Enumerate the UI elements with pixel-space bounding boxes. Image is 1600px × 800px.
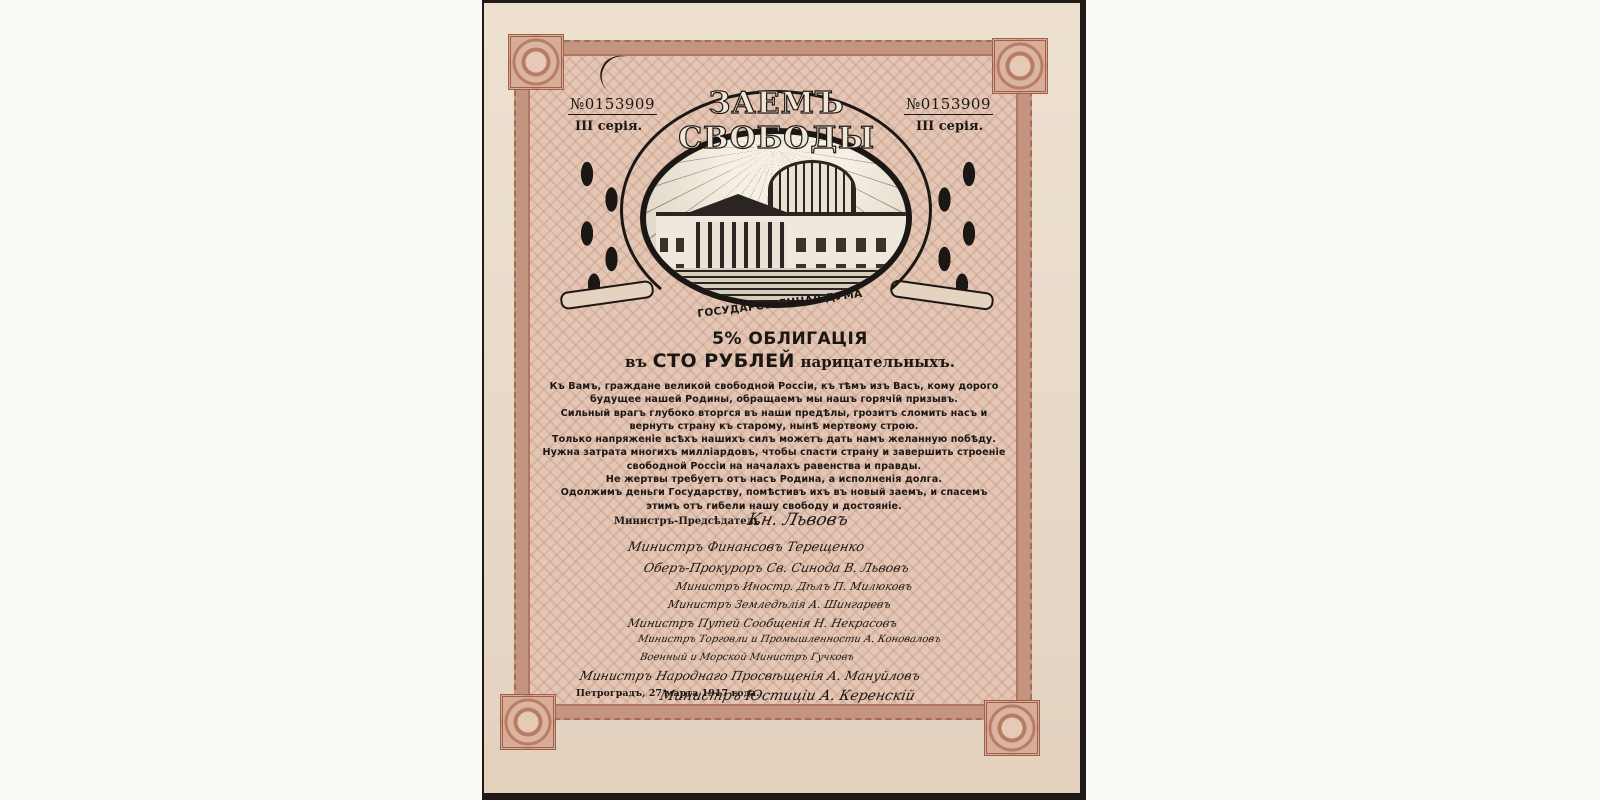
corner-rosette-icon xyxy=(992,38,1048,94)
signature: Оберъ-Прокуроръ Св. Синода В. Львовъ xyxy=(642,560,910,575)
appeal-line: вернуть страну къ старому, нынѣ мертвому… xyxy=(534,420,1014,433)
signature: Министръ Путей Сообщенія Н. Некрасовъ xyxy=(627,616,899,630)
signature: Министръ Торговли и Промышленности А. Ко… xyxy=(637,634,942,645)
place-date: Петроградъ, 27 марта 1917 года. xyxy=(576,688,759,699)
signature: Министръ Иностр. Дѣлъ П. Милюковъ xyxy=(675,580,914,593)
signature: Министръ Земледѣлія А. Шингаревъ xyxy=(667,598,892,611)
appeal-line: Только напряженіе всѣхъ нашихъ силъ може… xyxy=(534,433,1014,446)
appeal-line: Нужна затрата многихъ милліардовъ, чтобы… xyxy=(534,446,1014,459)
signature: Кн. Львовъ xyxy=(746,510,850,530)
pediment-icon xyxy=(690,194,786,212)
corner-rosette-icon xyxy=(508,34,564,90)
bond-heading: 5% ОБЛИГАЦІЯ xyxy=(560,329,1020,349)
signature: Министръ Финансовъ Терещенко xyxy=(626,540,865,555)
corner-rosette-icon xyxy=(984,700,1040,756)
denomination-amount: СТО РУБЛЕЙ xyxy=(653,350,795,372)
denomination: въ СТО РУБЛЕЙ нарицательныхъ. xyxy=(560,350,1020,372)
denomination-suffix: нарицательныхъ. xyxy=(801,353,955,371)
appeal-line: Не жертвы требуетъ отъ насъ Родина, а ис… xyxy=(534,473,1014,486)
signature: Министръ Народнаго Просвѣщенія А. Мануйл… xyxy=(578,668,921,683)
appeal-line: свободной Россіи на началахъ равенства и… xyxy=(534,460,1014,473)
appeal-line: Къ Вамъ, граждане великой свободной Росс… xyxy=(534,380,1014,393)
denomination-prefix: въ xyxy=(625,353,647,371)
corner-rosette-icon xyxy=(500,694,556,750)
signatory-label: Министръ-Предсѣдатель xyxy=(614,516,760,527)
appeal-line: Сильный врагъ глубоко вторгся въ наши пр… xyxy=(534,407,1014,420)
appeal-text: Къ Вамъ, граждане великой свободной Росс… xyxy=(534,380,1014,513)
appeal-line: Одолжимъ деньги Государству, помѣстивъ и… xyxy=(534,486,1014,499)
signature: Военный и Морской Министръ Гучковъ xyxy=(639,652,855,663)
appeal-line: будущее нашей Родины, обращаемъ мы нашъ … xyxy=(534,393,1014,406)
